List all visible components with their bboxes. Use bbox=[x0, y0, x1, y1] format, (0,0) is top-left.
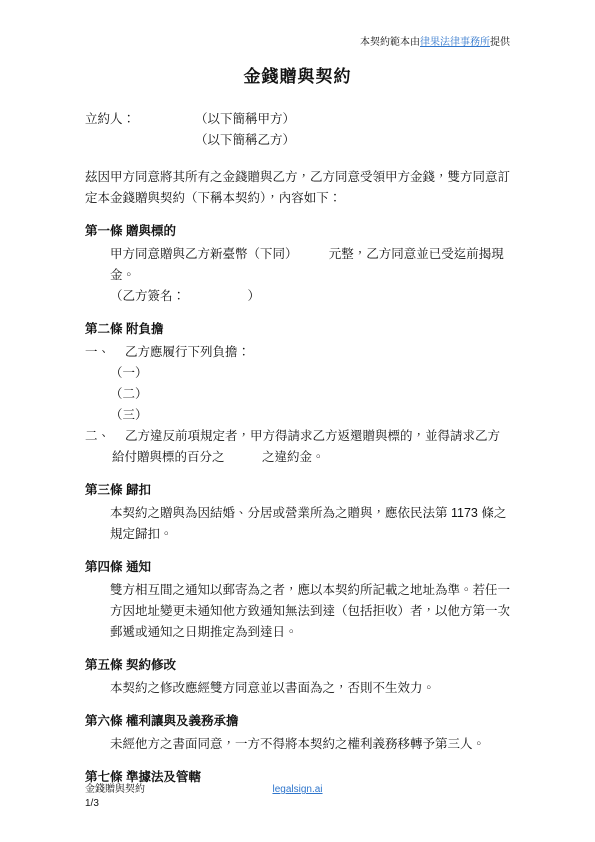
section-6-body: 未經他方之書面同意，一方不得將本契約之權利義務移轉予第三人。 bbox=[85, 734, 510, 755]
clause-paragraph: 甲方同意贈與乙方新臺幣（下同） 元整，乙方同意並已受迄前揭現金。 bbox=[85, 244, 510, 286]
section-5: 第五條 契約修改 本契約之修改應經雙方同意並以書面為之，否則不生效力。 bbox=[85, 655, 510, 699]
section-3-heading: 第三條 歸扣 bbox=[85, 480, 510, 501]
list-item: 一、乙方應履行下列負擔： bbox=[85, 342, 510, 363]
signature-blank-line: （乙方簽名： ） bbox=[85, 286, 510, 307]
party-b-line: （以下簡稱乙方） bbox=[195, 130, 510, 151]
header-credit: 本契約範本由律果法律事務所提供 bbox=[85, 36, 510, 50]
clause-paragraph: 未經他方之書面同意，一方不得將本契約之權利義務移轉予第三人。 bbox=[85, 734, 510, 755]
parties-lines: （以下簡稱甲方） （以下簡稱乙方） bbox=[195, 109, 510, 151]
list-item: 二、乙方違反前項規定者，甲方得請求乙方返還贈與標的，並得請求乙方給付贈與標的百分… bbox=[85, 426, 510, 468]
section-6-heading: 第六條 權利讓與及義務承擔 bbox=[85, 711, 510, 732]
clause-paragraph: 本契約之修改應經雙方同意並以書面為之，否則不生效力。 bbox=[85, 678, 510, 699]
clause-paragraph: 本契約之贈與為因結婚、分居或營業所為之贈與，應依民法第 1173 條之規定歸扣。 bbox=[85, 503, 510, 545]
contract-title: 金錢贈與契約 bbox=[85, 66, 510, 87]
section-3-body: 本契約之贈與為因結婚、分居或營業所為之贈與，應依民法第 1173 條之規定歸扣。 bbox=[85, 503, 510, 545]
parties-label: 立約人： bbox=[85, 109, 195, 130]
page-number: 1/3 bbox=[85, 797, 145, 811]
legalsign-link[interactable]: legalsign.ai bbox=[272, 784, 322, 795]
clause-paragraph: 雙方相互間之通知以郵寄為之者，應以本契約所記載之地址為準。若任一方因地址變更未通… bbox=[85, 580, 510, 643]
section-1: 第一條 贈與標的 甲方同意贈與乙方新臺幣（下同） 元整，乙方同意並已受迄前揭現金… bbox=[85, 221, 510, 307]
list-subitem: （二） bbox=[85, 384, 510, 405]
section-2-heading: 第二條 附負擔 bbox=[85, 319, 510, 340]
section-5-body: 本契約之修改應經雙方同意並以書面為之，否則不生效力。 bbox=[85, 678, 510, 699]
section-4: 第四條 通知 雙方相互間之通知以郵寄為之者，應以本契約所記載之地址為準。若任一方… bbox=[85, 557, 510, 643]
list-item-marker: 二、 bbox=[85, 426, 125, 447]
section-3: 第三條 歸扣 本契約之贈與為因結婚、分居或營業所為之贈與，應依民法第 1173 … bbox=[85, 480, 510, 545]
party-a-line: （以下簡稱甲方） bbox=[195, 109, 510, 130]
list-subitem: （一） bbox=[85, 363, 510, 384]
list-item-marker: 一、 bbox=[85, 342, 125, 363]
section-4-body: 雙方相互間之通知以郵寄為之者，應以本契約所記載之地址為準。若任一方因地址變更未通… bbox=[85, 580, 510, 643]
footer-center: legalsign.ai bbox=[85, 783, 510, 797]
section-5-heading: 第五條 契約修改 bbox=[85, 655, 510, 676]
list-subitem: （三） bbox=[85, 405, 510, 426]
section-4-heading: 第四條 通知 bbox=[85, 557, 510, 578]
list-item-text: 乙方違反前項規定者，甲方得請求乙方返還贈與標的，並得請求乙方給付贈與標的百分之 … bbox=[112, 429, 500, 464]
section-6: 第六條 權利讓與及義務承擔 未經他方之書面同意，一方不得將本契約之權利義務移轉予… bbox=[85, 711, 510, 755]
section-2-list: 一、乙方應履行下列負擔： （一） （二） （三） 二、乙方違反前項規定者，甲方得… bbox=[85, 342, 510, 468]
section-2: 第二條 附負擔 一、乙方應履行下列負擔： （一） （二） （三） 二、乙方違反前… bbox=[85, 319, 510, 468]
parties-block: 立約人： （以下簡稱甲方） （以下簡稱乙方） bbox=[85, 109, 510, 151]
section-1-body: 甲方同意贈與乙方新臺幣（下同） 元整，乙方同意並已受迄前揭現金。 （乙方簽名： … bbox=[85, 244, 510, 307]
intro-paragraph: 茲因甲方同意將其所有之金錢贈與乙方，乙方同意受領甲方金錢，雙方同意訂定本金錢贈與… bbox=[85, 167, 510, 209]
section-1-heading: 第一條 贈與標的 bbox=[85, 221, 510, 242]
law-firm-link[interactable]: 律果法律事務所 bbox=[420, 37, 490, 48]
header-credit-prefix: 本契約範本由 bbox=[360, 37, 420, 48]
list-item-text: 乙方應履行下列負擔： bbox=[125, 345, 250, 359]
header-credit-suffix: 提供 bbox=[490, 37, 510, 48]
contract-page: 本契約範本由律果法律事務所提供 金錢贈與契約 立約人： （以下簡稱甲方） （以下… bbox=[0, 0, 595, 842]
